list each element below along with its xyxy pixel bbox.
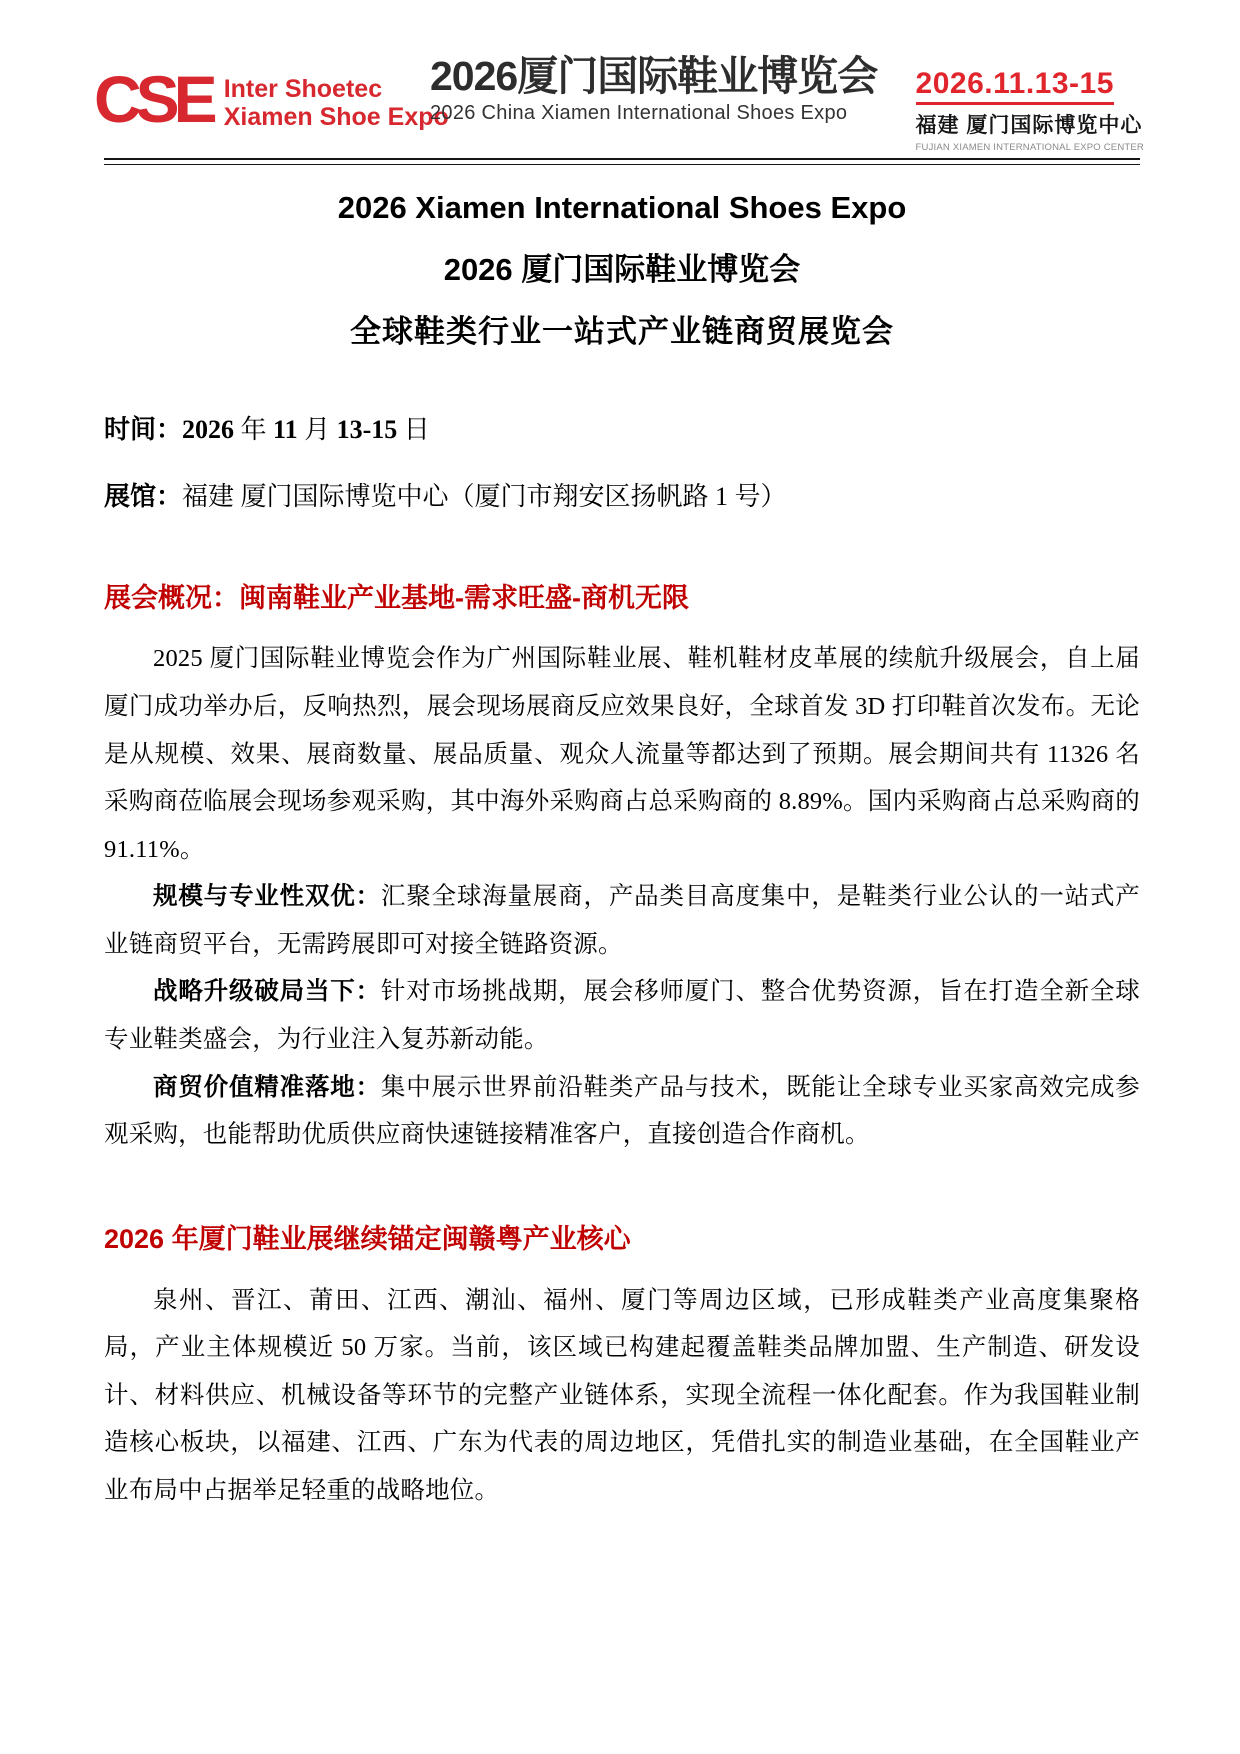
cse-logo-text: CSE xyxy=(94,72,224,126)
letterhead-center: 2026厦门国际鞋业博览会 2026 China Xiamen Internat… xyxy=(430,54,877,125)
info-line: 时间：2026 年 11 月 13-15 日 xyxy=(104,413,1140,447)
logo-tagline-line1: Inter Shoetec xyxy=(224,75,449,103)
info-line: 展馆：福建 厦门国际博览中心（厦门市翔安区扬帆路 1 号） xyxy=(104,480,1140,514)
page-subtitle-cn: 全球鞋类行业一站式产业链商贸展览会 xyxy=(104,313,1140,350)
letterhead: CSE Inter Shoetec Xiamen Shoe Expo 2026厦… xyxy=(104,50,1140,154)
paragraph-lead: 战略升级破局当下： xyxy=(153,978,381,1005)
info-value: 11 xyxy=(273,415,304,444)
header-divider xyxy=(104,158,1140,165)
paragraph-lead: 规模与专业性双优： xyxy=(153,883,381,910)
section-heading: 展会概况：闽南鞋业产业基地-需求旺盛-商机无限 xyxy=(104,582,1140,616)
info-label: 时间： xyxy=(104,414,182,444)
letterhead-title-cn: 2026厦门国际鞋业博览会 xyxy=(430,54,877,99)
paragraph-lead: 商贸价值精准落地： xyxy=(153,1074,381,1101)
letterhead-title-en: 2026 China Xiamen International Shoes Ex… xyxy=(430,102,877,125)
logo-tagline-line2: Xiamen Shoe Expo xyxy=(224,103,449,131)
section-heading: 2026 年厦门鞋业展继续锚定闽赣粤产业核心 xyxy=(104,1223,1140,1257)
paragraph: 战略升级破局当下：针对市场挑战期，展会移师厦门、整合优势资源，旨在打造全新全球专… xyxy=(104,968,1140,1063)
document-body: 展会概况：闽南鞋业产业基地-需求旺盛-商机无限2025 厦门国际鞋业博览会作为广… xyxy=(104,582,1140,1515)
page-title-cn: 2026 厦门国际鞋业博览会 xyxy=(104,251,1140,288)
letterhead-date-block: 2026.11.13-15 福建 厦门国际博览中心 FUJIAN XIAMEN … xyxy=(916,68,1144,153)
paragraph: 商贸价值精准落地：集中展示世界前沿鞋类产品与技术，既能让全球专业买家高效完成参观… xyxy=(104,1064,1140,1159)
expo-date: 2026.11.13-15 xyxy=(916,68,1114,105)
document-page: CSE Inter Shoetec Xiamen Shoe Expo 2026厦… xyxy=(0,0,1240,1754)
info-value: 月 xyxy=(304,415,337,444)
info-value: 年 xyxy=(241,415,274,444)
cse-logo: CSE Inter Shoetec Xiamen Shoe Expo xyxy=(94,72,449,131)
paragraph: 2025 厦门国际鞋业博览会作为广州国际鞋业展、鞋机鞋材皮革展的续航升级展会，自… xyxy=(104,635,1140,873)
info-value: 13-15 xyxy=(337,415,404,444)
paragraph: 泉州、晋江、莆田、江西、潮汕、福州、厦门等周边区域，已形成鞋类产业高度集聚格局，… xyxy=(104,1277,1140,1515)
page-title-en: 2026 Xiamen International Shoes Expo xyxy=(104,189,1140,226)
cse-logo-tagline: Inter Shoetec Xiamen Shoe Expo xyxy=(224,72,449,131)
info-block: 时间：2026 年 11 月 13-15 日展馆：福建 厦门国际博览中心（厦门市… xyxy=(104,413,1140,514)
info-value: 2026 xyxy=(182,415,241,444)
expo-venue-cn: 福建 厦门国际博览中心 xyxy=(916,109,1144,139)
info-label: 展馆： xyxy=(104,481,182,511)
paragraph: 规模与专业性双优：汇聚全球海量展商，产品类目高度集中，是鞋类行业公认的一站式产业… xyxy=(104,873,1140,968)
info-value: 日 xyxy=(404,415,430,444)
expo-venue-en: FUJIAN XIAMEN INTERNATIONAL EXPO CENTER xyxy=(916,142,1144,153)
info-value: 福建 厦门国际博览中心（厦门市翔安区扬帆路 1 号） xyxy=(182,482,787,511)
